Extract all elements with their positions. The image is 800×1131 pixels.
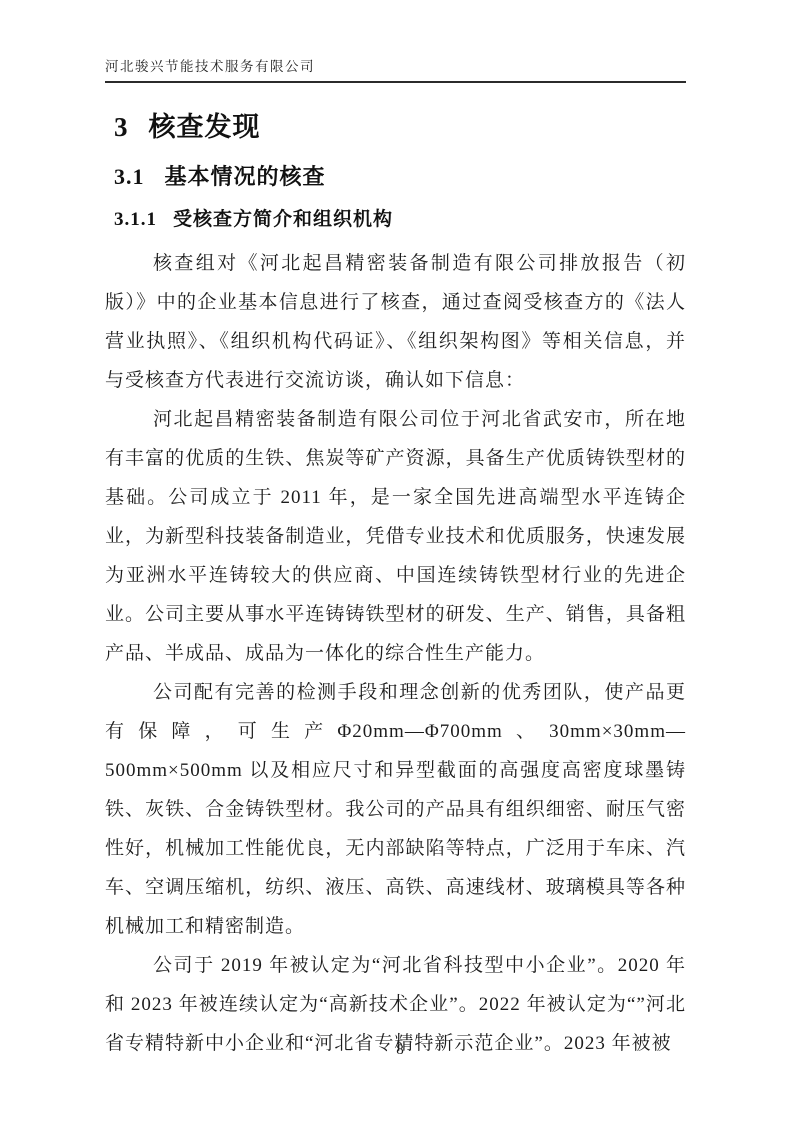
paragraph-products: 公司配有完善的检测手段和理念创新的优秀团队，使产品更有保障，可生产Φ20mm—Φ… (105, 673, 686, 946)
paragraph-company-overview: 河北起昌精密装备制造有限公司位于河北省武安市，所在地有丰富的优质的生铁、焦炭等矿… (105, 400, 686, 673)
section-title: 受核查方简介和组织机构 (173, 209, 393, 230)
header-divider (105, 81, 686, 83)
header-company-name: 河北骏兴节能技术服务有限公司 (105, 55, 686, 75)
section-heading-level-1: 3核查发现 (105, 113, 686, 142)
section-title: 基本情况的核查 (165, 164, 326, 189)
section-number: 3 (114, 113, 129, 142)
section-heading-level-3: 3.1.1受核查方简介和组织机构 (105, 209, 686, 230)
section-title: 核查发现 (149, 112, 261, 142)
body-text: 核查组对《河北起昌精密装备制造有限公司排放报告（初版）》中的企业基本信息进行了核… (105, 244, 686, 1063)
page-content: 河北骏兴节能技术服务有限公司 3核查发现 3.1基本情况的核查 3.1.1受核查… (105, 0, 686, 1063)
document-page: 河北骏兴节能技术服务有限公司 3核查发现 3.1基本情况的核查 3.1.1受核查… (0, 0, 800, 1131)
paragraph-verification-intro: 核查组对《河北起昌精密装备制造有限公司排放报告（初版）》中的企业基本信息进行了核… (105, 244, 686, 400)
page-footer: 8 (0, 1042, 800, 1059)
section-number: 3.1.1 (114, 209, 157, 230)
page-number: 8 (396, 1042, 404, 1058)
section-heading-level-2: 3.1基本情况的核查 (105, 165, 686, 189)
page-header: 河北骏兴节能技术服务有限公司 (105, 0, 686, 83)
section-number: 3.1 (114, 165, 145, 189)
